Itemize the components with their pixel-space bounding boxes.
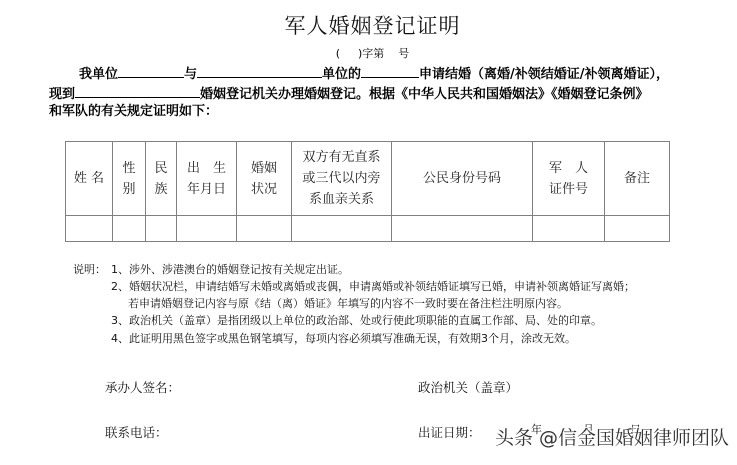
note-item-3: 3、政治机关（盖章）是指团级以上单位的政治部、处或行使此项职能的直属工作部、局、… (111, 312, 602, 330)
watermark: 头条 @信金国婚姻律师团队 (495, 423, 729, 450)
other-unit-blank[interactable] (197, 63, 322, 78)
person-name-blank[interactable] (361, 63, 419, 78)
registry-office-blank[interactable] (75, 83, 200, 98)
intro-go-to-label: 现到 (49, 87, 75, 102)
cell-name[interactable] (66, 216, 113, 242)
intro-legal-basis: 婚姻登记机关办理婚姻登记。根据《中华人民共和国婚姻法》《婚姻登记条例》 (200, 87, 649, 102)
intro-unit-of-label: 单位的 (322, 67, 361, 82)
contact-phone-label: 联系电话： (105, 423, 168, 441)
cell-birth-date[interactable] (177, 216, 237, 242)
serial-number-line: ()字第号 (0, 45, 737, 61)
table-header-row: 姓 名 性别 民族 出 生年月日 婚姻状况 双方有无直系或三代以内旁系血亲关系 … (66, 142, 670, 216)
table-row (66, 216, 670, 242)
serial-open-paren: ( (336, 47, 340, 60)
intro-line-3: 和军队的有关规定证明如下： (49, 102, 218, 121)
cell-remarks[interactable] (605, 216, 670, 242)
personal-info-table: 姓 名 性别 民族 出 生年月日 婚姻状况 双方有无直系或三代以内旁系血亲关系 … (65, 141, 670, 242)
cell-marital-status[interactable] (237, 216, 292, 242)
header-remarks: 备注 (605, 142, 670, 216)
document-title: 军人婚姻登记证明 (0, 10, 737, 40)
serial-number-suffix: 号 (398, 47, 409, 60)
serial-word-prefix: )字第 (358, 47, 384, 60)
header-name: 姓 名 (66, 142, 113, 216)
intro-line-1: 我单位与单位的申请结婚（离婚/补领结婚证/补领离婚证）， (79, 63, 669, 84)
note-item-2: 2、婚姻状况栏，申请结婚写未婚或离婚或丧偶，申请离婚或补领结婚证填写已婚，申请补… (111, 278, 635, 296)
issue-date-label: 出证日期： (418, 423, 481, 441)
intro-line-2: 现到婚姻登记机关办理婚姻登记。根据《中华人民共和国婚姻法》《婚姻登记条例》 (49, 83, 649, 104)
cell-gender[interactable] (113, 216, 146, 242)
note-item-1: 1、涉外、涉港澳台的婚姻登记按有关规定出证。 (111, 261, 349, 279)
unit-name-blank[interactable] (118, 63, 184, 78)
handler-signature-label: 承办人签名： (105, 378, 180, 396)
cell-military-id[interactable] (533, 216, 605, 242)
header-gender: 性别 (113, 142, 146, 216)
note-item-4: 4、此证明用黑色签字或黑色钢笔填写，每项内容必须填写准确无误，有效期3个月，涂改… (111, 330, 576, 348)
political-organ-seal-label: 政治机关（盖章） (418, 378, 518, 396)
note-item-2-continued: 若申请婚姻登记内容与原《结（离）婚证》年填写的内容不一致时要在备注栏注明原内容。 (128, 295, 568, 313)
cell-ethnicity[interactable] (146, 216, 177, 242)
cell-blood-relation[interactable] (292, 216, 392, 242)
cell-id-number[interactable] (392, 216, 533, 242)
header-ethnicity: 民族 (146, 142, 177, 216)
intro-unit-label: 我单位 (79, 67, 118, 82)
intro-and-label: 与 (184, 67, 197, 82)
header-id-number: 公民身份号码 (392, 142, 533, 216)
header-blood-relation: 双方有无直系或三代以内旁系血亲关系 (292, 142, 392, 216)
notes-label: 说明： (73, 261, 106, 279)
header-marital-status: 婚姻状况 (237, 142, 292, 216)
intro-application-type: 申请结婚（离婚/补领结婚证/补领离婚证）， (419, 67, 669, 82)
header-military-id: 军 人证件号 (533, 142, 605, 216)
header-birth-date: 出 生年月日 (177, 142, 237, 216)
